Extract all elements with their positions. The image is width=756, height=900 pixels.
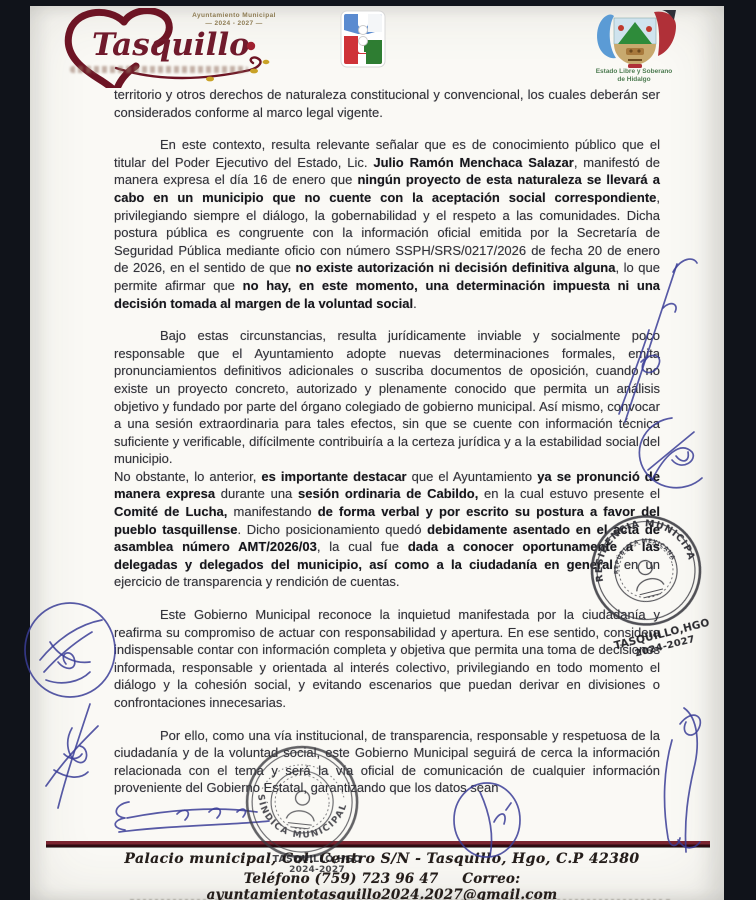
footer: Palacio municipal, Col. Centro S/N - Tas… xyxy=(90,851,674,900)
seal-red-wing xyxy=(654,12,676,56)
seal-blue-wing xyxy=(597,15,616,59)
document-photo: { "header": { "logo": { "wordmark": "Tas… xyxy=(0,0,756,900)
paragraph: Bajo estas circunstancias, resulta juríd… xyxy=(114,327,660,468)
stamp-caption-city: TASQUILLO,HGO xyxy=(262,854,372,865)
emblem-white-block xyxy=(368,14,382,32)
signature-bottom-center xyxy=(450,780,522,860)
signature-left-circle xyxy=(18,598,118,704)
scanned-letter-page: Tasquillo Ayuntamiento Municipal — 2024 … xyxy=(30,6,724,900)
signature-left-scrawl xyxy=(38,698,108,813)
gold-leaf xyxy=(206,77,214,82)
logo-tagline-illegible xyxy=(70,66,248,73)
hidalgo-state-seal-icon xyxy=(588,8,680,70)
document-body: territorio y otros derechos de naturalez… xyxy=(114,86,660,797)
logo-top-caption: Ayuntamiento Municipal — 2024 - 2027 — xyxy=(178,12,290,28)
signature-bottom-right xyxy=(650,698,720,856)
paragraph: territorio y otros derechos de naturalez… xyxy=(114,86,660,121)
footer-divider-line xyxy=(46,841,710,847)
logo-wordmark: Tasquillo xyxy=(92,27,250,63)
ayuntamiento-emblem-icon xyxy=(340,10,386,68)
gold-leaf xyxy=(263,60,270,64)
footer-contact: Teléfono (759) 723 96 47 Correo: ayuntam… xyxy=(90,871,674,900)
signature-right-margin xyxy=(615,242,700,427)
paragraph: En este contexto, resulta relevante seña… xyxy=(114,136,660,312)
paragraph: Este Gobierno Municipal reconoce la inqu… xyxy=(114,606,660,712)
footer-address: Palacio municipal, Col. Centro S/N - Tas… xyxy=(90,851,674,867)
gold-leaf xyxy=(250,69,258,74)
state-seal-caption: Estado Libre y Soberano de Hidalgo xyxy=(578,68,690,83)
svg-text:SÍNDICA MUNICIPAL: SÍNDICA MUNICIPAL xyxy=(251,793,350,846)
stamp-caption-term: 2024-2027 xyxy=(262,865,372,875)
rose-dot xyxy=(247,42,255,50)
paragraph: Por ello, como una vía institucional, de… xyxy=(114,727,660,797)
signature-right-circle xyxy=(628,412,712,500)
